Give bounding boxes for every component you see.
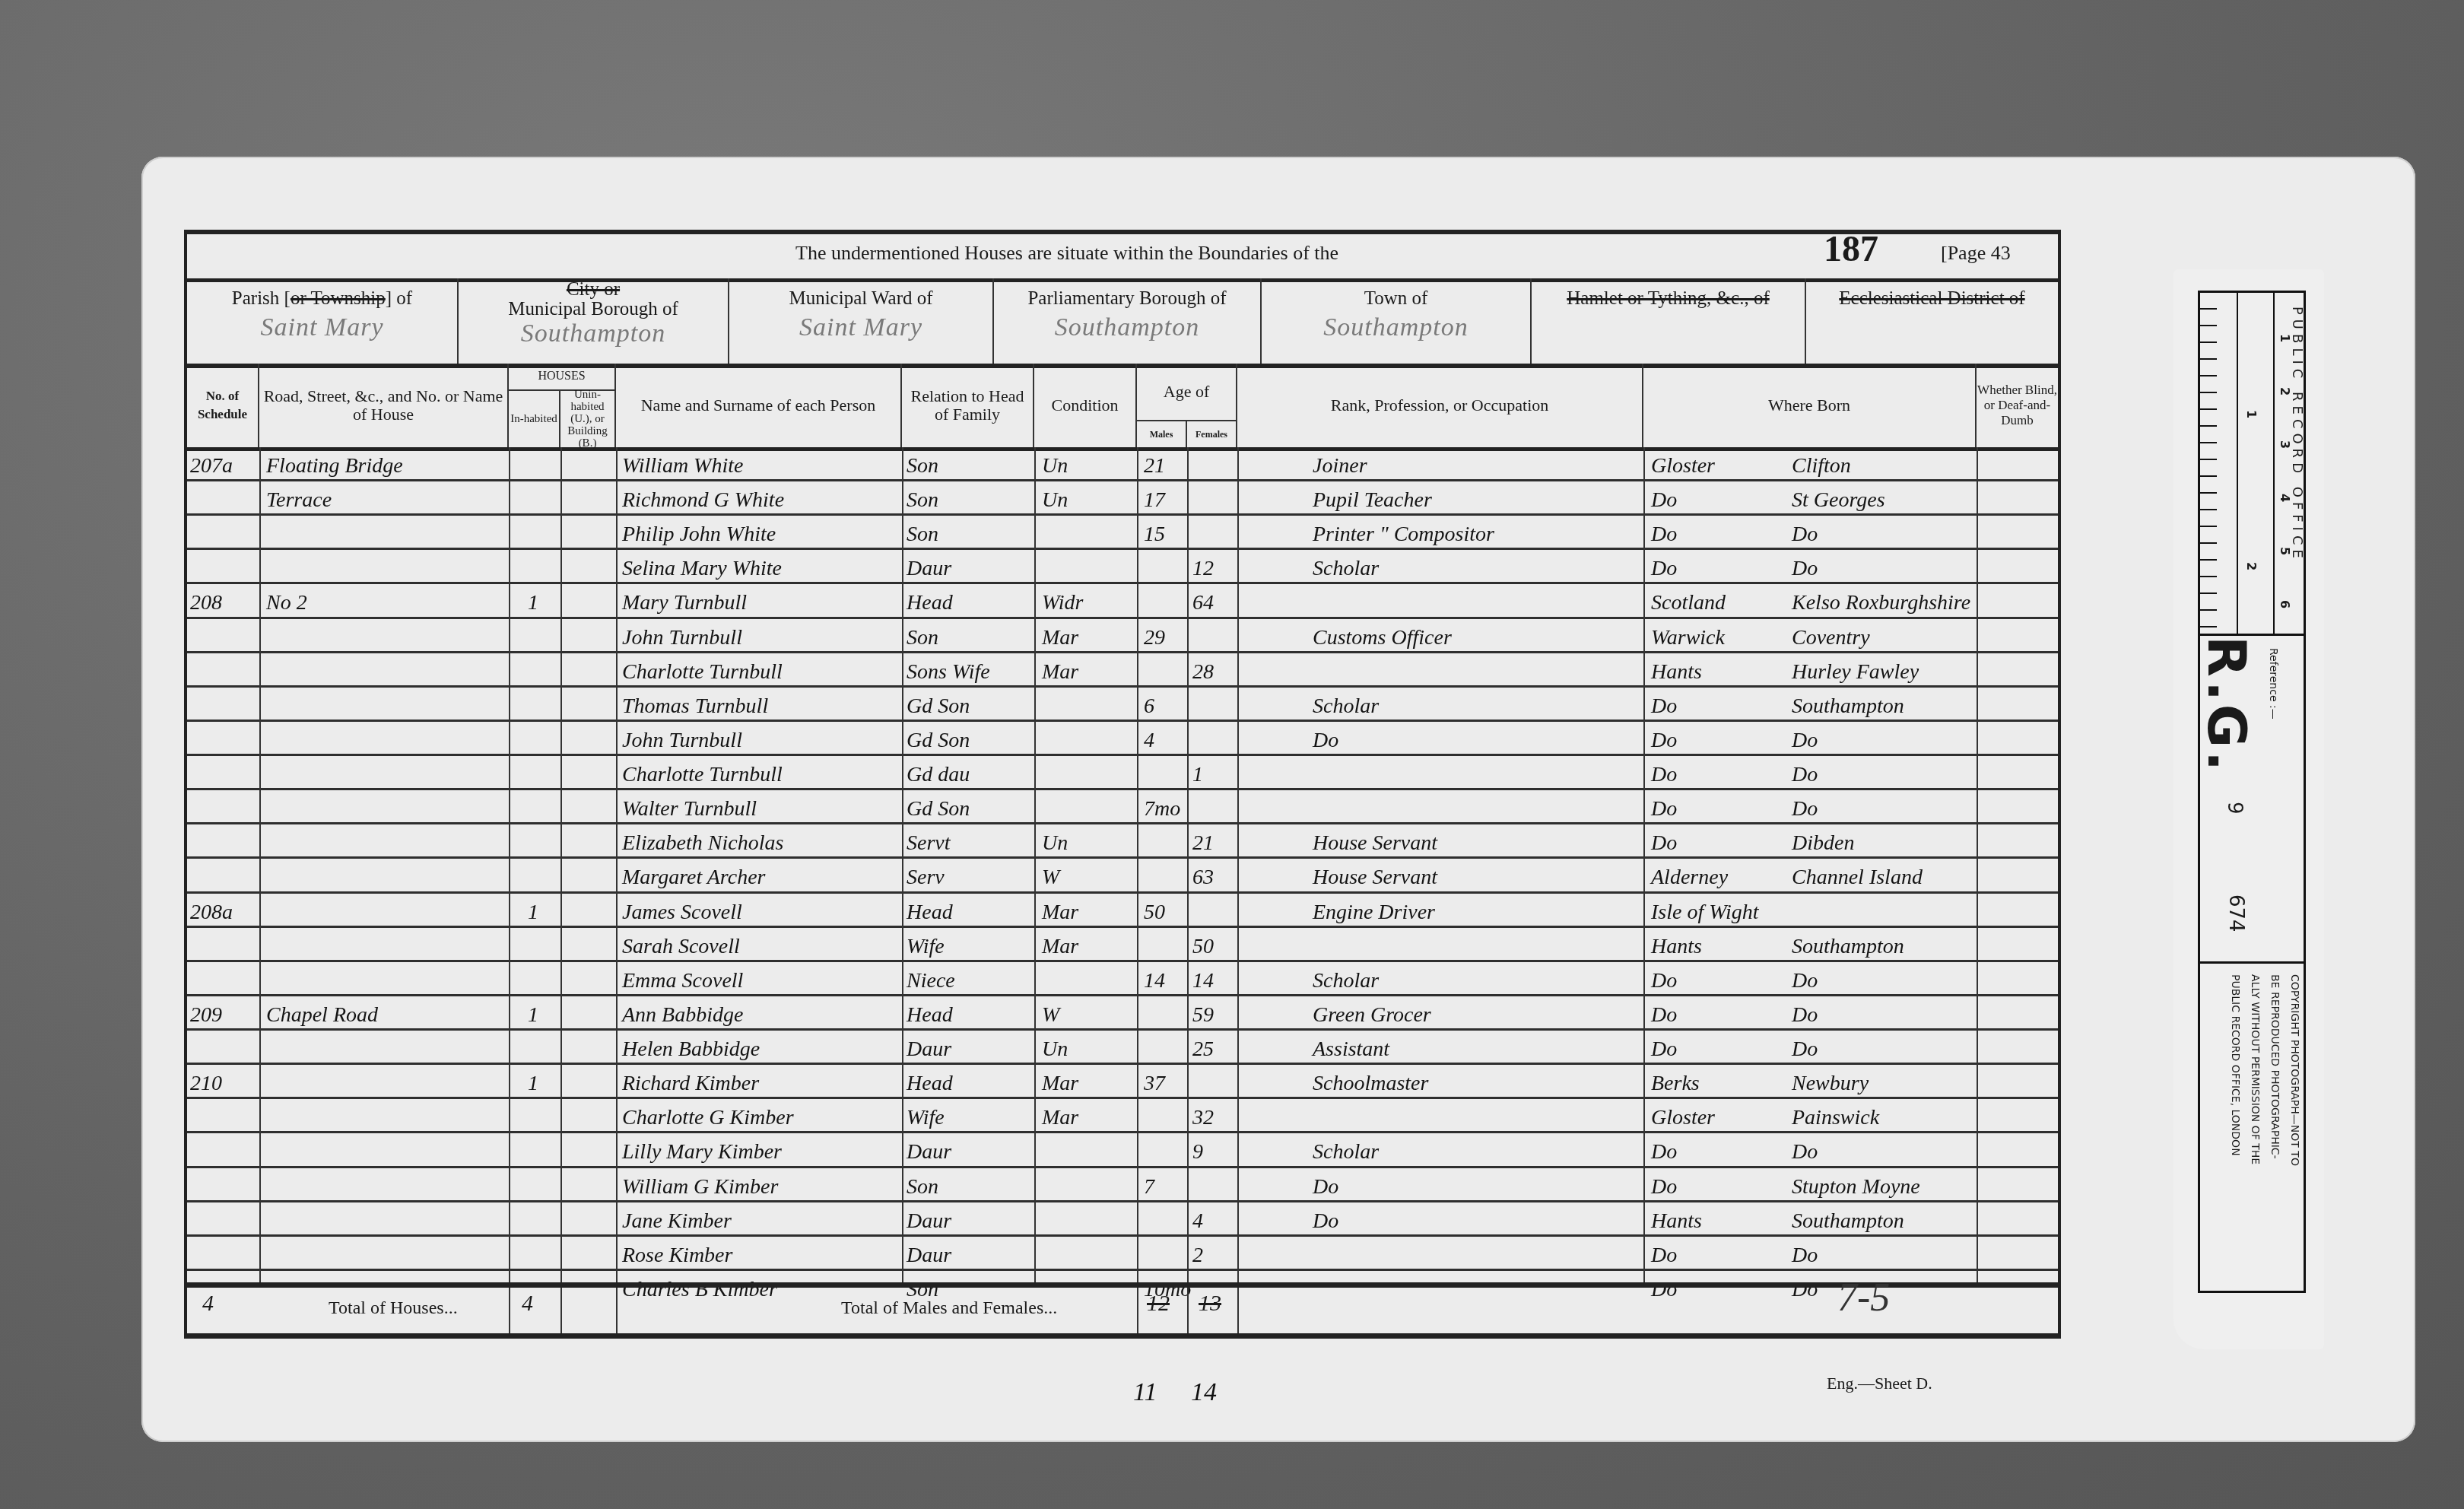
cell-schedule (190, 790, 259, 826)
cell-male-age (1144, 928, 1189, 964)
cell-condition (1042, 962, 1135, 998)
cell-condition: Mar (1042, 894, 1135, 929)
cell-inhabited (528, 962, 558, 998)
cell-relation: Gd Son (907, 688, 1033, 723)
cell-name: Thomas Turnbull (622, 688, 903, 723)
cell-name: Rose Kimber (622, 1237, 903, 1272)
cell-female-age: 4 (1192, 1202, 1238, 1238)
area-municipal-borough: City orMunicipal Borough of Southampton (459, 278, 729, 364)
table-row: Emma ScovellNiece1414ScholarDoDo (187, 962, 2058, 996)
ruler-cm-label: 6 (2278, 600, 2292, 608)
cell-born-county: Scotland (1651, 584, 1796, 620)
cell-female-age (1192, 1065, 1238, 1101)
cell-inhabited (528, 1099, 558, 1135)
cell-relation: Wife (907, 928, 1033, 964)
cell-male-age: 37 (1144, 1065, 1189, 1101)
cell-born-county: Do (1651, 550, 1796, 586)
cell-female-age: 64 (1192, 584, 1238, 620)
cell-born-county: Do (1651, 1237, 1796, 1272)
cell-born-place: Southampton (1792, 928, 2043, 964)
total-schedules: 4 (202, 1291, 214, 1317)
cell-born-county: Do (1651, 996, 1796, 1032)
cell-inhabited (528, 481, 558, 517)
area-headers: Parish [or Township] of Saint Mary City … (187, 278, 2058, 368)
cell-occupation: Assistant (1313, 1031, 1640, 1066)
cell-born-county: Do (1651, 824, 1796, 860)
cell-born-place: Painswick (1792, 1099, 2043, 1135)
cell-born-county: Gloster (1651, 1099, 1796, 1135)
cell-born-place: Do (1792, 550, 2043, 586)
cell-born-county: Berks (1651, 1065, 1796, 1101)
cell-female-age: 14 (1192, 962, 1238, 998)
divider (1034, 447, 1036, 1288)
col-age: Age of (1137, 364, 1237, 421)
cell-born-county: Do (1651, 1031, 1796, 1066)
cell-born-county: Alderney (1651, 859, 1796, 894)
divider (616, 447, 618, 1333)
cell-relation: Son (907, 1168, 1033, 1204)
cell-condition: W (1042, 859, 1135, 894)
cell-male-age (1144, 653, 1189, 689)
divider (1137, 447, 1138, 1333)
cell-female-age (1192, 481, 1238, 517)
cell-relation: Head (907, 996, 1033, 1032)
cell-address (266, 824, 508, 860)
cell-born-place: Do (1792, 1133, 2043, 1169)
cell-male-age (1144, 1099, 1189, 1135)
cell-female-age: 32 (1192, 1099, 1238, 1135)
table-row: Rose KimberDaur2DoDo (187, 1237, 2058, 1271)
recount-females: 14 (1191, 1378, 1217, 1407)
cell-inhabited: 1 (528, 1065, 558, 1101)
cell-born-place: Do (1792, 1031, 2043, 1066)
col-inhabited: In-habited (509, 391, 560, 447)
cell-occupation (1313, 1237, 1640, 1272)
cell-address (266, 1065, 508, 1101)
cell-born-place: Southampton (1792, 688, 2043, 723)
cell-born-place: Stupton Moyne (1792, 1168, 2043, 1204)
table-row: John TurnbullGd Son4DoDoDo (187, 722, 2058, 756)
cell-address (266, 1168, 508, 1204)
cell-male-age (1144, 756, 1189, 792)
cell-born-place: Channel Island (1792, 859, 2043, 894)
table-row: Lilly Mary KimberDaur9ScholarDoDo (187, 1133, 2058, 1167)
ruler-inch-label: 2 (2244, 562, 2259, 570)
divider (1977, 447, 1978, 1288)
cell-occupation (1313, 756, 1640, 792)
cell-born-place: Do (1792, 516, 2043, 551)
table-row: Charlotte TurnbullSons WifeMar28HantsHur… (187, 653, 2058, 688)
cell-inhabited (528, 790, 558, 826)
area-municipal-ward: Municipal Ward of Saint Mary (729, 278, 994, 364)
folio-number: 187 (1824, 228, 1878, 270)
cell-relation: Daur (907, 1237, 1033, 1272)
cell-address (266, 516, 508, 551)
cell-occupation: House Servant (1313, 824, 1640, 860)
cell-occupation (1313, 790, 1640, 826)
cell-address (266, 619, 508, 655)
col-schedule: No. of Schedule (187, 364, 259, 447)
cell-occupation: Do (1313, 1202, 1640, 1238)
cell-born-place: Kelso Roxburghshire (1792, 584, 2043, 620)
cell-occupation: Green Grocer (1313, 996, 1640, 1032)
cell-born-county: Do (1651, 481, 1796, 517)
col-blind: Whether Blind, or Deaf-and-Dumb (1977, 364, 2058, 447)
cell-address (266, 1202, 508, 1238)
cell-condition: Un (1042, 481, 1135, 517)
area-parliamentary-borough-value: Southampton (994, 313, 1260, 342)
cell-name: Charlotte G Kimber (622, 1099, 903, 1135)
cell-name: Elizabeth Nicholas (622, 824, 903, 860)
cell-inhabited (528, 619, 558, 655)
area-town-value: Southampton (1262, 313, 1530, 342)
cell-name: Helen Babbidge (622, 1031, 903, 1066)
cell-relation: Son (907, 619, 1033, 655)
col-address: Road, Street, &c., and No. or Name of Ho… (259, 364, 509, 447)
cell-inhabited (528, 516, 558, 551)
divider (1237, 447, 1239, 1333)
cell-address (266, 550, 508, 586)
cell-occupation: Scholar (1313, 962, 1640, 998)
col-uninhabited: Unin-habited (U.), or Building (B.) (560, 391, 616, 447)
cell-female-age: 1 (1192, 756, 1238, 792)
cell-name: Margaret Archer (622, 859, 903, 894)
col-relation: Relation to Head of Family (902, 364, 1034, 447)
cell-name: Richard Kimber (622, 1065, 903, 1101)
cell-relation: Niece (907, 962, 1033, 998)
copyright-notice: COPYRIGHT PHOTOGRAPH—NOT TO BE REPRODUCE… (2200, 961, 2304, 1291)
cell-schedule (190, 688, 259, 723)
cell-name: William G Kimber (622, 1168, 903, 1204)
cell-name: John Turnbull (622, 722, 903, 758)
col-born: Where Born (1643, 364, 1977, 447)
office-label: PUBLIC RECORD OFFICE (2289, 307, 2305, 563)
cell-relation: Gd Son (907, 722, 1033, 758)
cell-schedule (190, 653, 259, 689)
cell-born-place: St Georges (1792, 481, 2043, 517)
cell-schedule (190, 1237, 259, 1272)
area-ecclesiastical: Ecclesiastical District of (1806, 278, 2058, 364)
cell-occupation (1313, 928, 1640, 964)
cell-born-county: Do (1651, 516, 1796, 551)
cell-schedule (190, 1202, 259, 1238)
cell-male-age (1144, 1133, 1189, 1169)
cell-inhabited (528, 722, 558, 758)
cell-born-county: Do (1651, 688, 1796, 723)
cell-name: Jane Kimber (622, 1202, 903, 1238)
cell-inhabited: 1 (528, 996, 558, 1032)
cell-relation: Gd Son (907, 790, 1033, 826)
cell-address (266, 1099, 508, 1135)
cell-condition: Mar (1042, 1065, 1135, 1101)
cell-occupation: House Servant (1313, 859, 1640, 894)
reference-strip: 12 123456 PUBLIC RECORD OFFICE Reference… (2173, 269, 2324, 1349)
table-row: Walter TurnbullGd Son7moDoDo (187, 790, 2058, 824)
cell-female-age: 25 (1192, 1031, 1238, 1066)
cell-relation: Head (907, 894, 1033, 929)
reference-class: 9 (2223, 802, 2246, 815)
cell-male-age (1144, 996, 1189, 1032)
cell-relation: Son (907, 516, 1033, 551)
cell-born-county: Do (1651, 722, 1796, 758)
col-houses: HOUSES (509, 364, 616, 391)
cell-male-age: 6 (1144, 688, 1189, 723)
cell-name: Charlotte Turnbull (622, 756, 903, 792)
cell-male-age (1144, 1202, 1189, 1238)
cell-schedule (190, 756, 259, 792)
totals-row: 4 Total of Houses... 4 Total of Males an… (187, 1282, 2058, 1333)
cell-condition (1042, 688, 1135, 723)
cell-born-county: Hants (1651, 928, 1796, 964)
cell-relation: Gd dau (907, 756, 1033, 792)
cell-address (266, 688, 508, 723)
cell-relation: Daur (907, 1133, 1033, 1169)
area-municipal-ward-value: Saint Mary (729, 313, 992, 342)
cell-name: Ann Babbidge (622, 996, 903, 1032)
cell-male-age: 17 (1144, 481, 1189, 517)
divider (1187, 447, 1189, 1333)
table-row: Helen BabbidgeDaurUn25AssistantDoDo (187, 1031, 2058, 1065)
cell-address (266, 859, 508, 894)
cell-schedule (190, 824, 259, 860)
cell-born-county: Do (1651, 1133, 1796, 1169)
cell-schedule (190, 550, 259, 586)
cell-inhabited (528, 447, 558, 483)
cell-born-place: Coventry (1792, 619, 2043, 655)
cell-born-place: Southampton (1792, 1202, 2043, 1238)
cell-female-age (1192, 619, 1238, 655)
page-label: [Page 43 (1941, 242, 2011, 265)
cell-schedule: 207a (190, 447, 259, 483)
recount-males: 11 (1133, 1378, 1157, 1407)
cell-relation: Serv (907, 859, 1033, 894)
area-hamlet: Hamlet or Tything, &c., of (1532, 278, 1806, 364)
cell-address: Terrace (266, 481, 508, 517)
cell-born-place: Dibden (1792, 824, 2043, 860)
cell-female-age: 9 (1192, 1133, 1238, 1169)
cell-condition (1042, 756, 1135, 792)
cell-address (266, 1237, 508, 1272)
cell-born-place: Clifton (1792, 447, 2043, 483)
cell-inhabited: 1 (528, 894, 558, 929)
annotation: 7-5 (1837, 1276, 1890, 1320)
cell-born-place: Do (1792, 962, 2043, 998)
cell-name: Lilly Mary Kimber (622, 1133, 903, 1169)
cell-occupation: Engine Driver (1313, 894, 1640, 929)
table-row: 208a1James ScovellHeadMar50Engine Driver… (187, 894, 2058, 928)
cell-condition (1042, 1168, 1135, 1204)
cell-male-age (1144, 1237, 1189, 1272)
table-row: 209Chapel Road1Ann BabbidgeHeadW59Green … (187, 996, 2058, 1031)
cell-occupation: Printer " Compositor (1313, 516, 1640, 551)
form-title-bar: The undermentioned Houses are situate wi… (187, 234, 2058, 282)
reference-label: Reference :— (2267, 648, 2279, 720)
cell-born-county: Hants (1651, 1202, 1796, 1238)
cell-address: No 2 (266, 584, 508, 620)
cell-occupation: Customs Officer (1313, 619, 1640, 655)
table-row: TerraceRichmond G WhiteSonUn17Pupil Teac… (187, 481, 2058, 516)
total-houses-label: Total of Houses... (329, 1298, 458, 1319)
cell-born-place: Newbury (1792, 1065, 2043, 1101)
ruler-ticks (2200, 293, 2238, 634)
cell-inhabited (528, 928, 558, 964)
cell-relation: Sons Wife (907, 653, 1033, 689)
cell-relation: Servt (907, 824, 1033, 860)
cell-relation: Daur (907, 550, 1033, 586)
cell-address: Chapel Road (266, 996, 508, 1032)
cell-relation: Son (907, 481, 1033, 517)
ruler-inch-label: 1 (2244, 410, 2259, 418)
table-row: Elizabeth NicholasServtUn21House Servant… (187, 824, 2058, 859)
total-houses: 4 (522, 1291, 533, 1317)
cell-female-age (1192, 688, 1238, 723)
cell-male-age: 14 (1144, 962, 1189, 998)
cell-relation: Head (907, 584, 1033, 620)
cell-born-place: Do (1792, 722, 2043, 758)
cell-male-age: 7 (1144, 1168, 1189, 1204)
cell-address (266, 928, 508, 964)
area-municipal-borough-value: Southampton (459, 319, 728, 348)
cell-female-age (1192, 790, 1238, 826)
table-row: 208No 21Mary TurnbullHeadWidr64ScotlandK… (187, 584, 2058, 618)
cell-condition (1042, 516, 1135, 551)
cell-inhabited (528, 550, 558, 586)
cell-inhabited (528, 1202, 558, 1238)
cell-name: Richmond G White (622, 481, 903, 517)
table-row: John TurnbullSonMar29Customs OfficerWarw… (187, 619, 2058, 653)
table-row: 2101Richard KimberHeadMar37SchoolmasterB… (187, 1065, 2058, 1099)
cell-schedule (190, 928, 259, 964)
cell-condition (1042, 722, 1135, 758)
cell-occupation (1313, 584, 1640, 620)
cell-male-age: 15 (1144, 516, 1189, 551)
cell-condition (1042, 790, 1135, 826)
divider (1643, 447, 1645, 1288)
cell-born-county: Hants (1651, 653, 1796, 689)
cell-condition: Un (1042, 1031, 1135, 1066)
cell-female-age: 12 (1192, 550, 1238, 586)
cell-schedule: 210 (190, 1065, 259, 1101)
col-occupation: Rank, Profession, or Occupation (1237, 364, 1643, 447)
cell-schedule (190, 481, 259, 517)
cell-schedule (190, 1099, 259, 1135)
cell-female-age: 63 (1192, 859, 1238, 894)
cell-female-age (1192, 447, 1238, 483)
cell-name: Charlotte Turnbull (622, 653, 903, 689)
col-condition: Condition (1034, 364, 1137, 447)
ruler-inch-numbers: 12 (2237, 293, 2275, 634)
column-headers: No. of Schedule Road, Street, &c., and N… (187, 364, 2058, 451)
table-row: Jane KimberDaur4DoHantsSouthampton (187, 1202, 2058, 1237)
cell-male-age: 50 (1144, 894, 1189, 929)
census-form: The undermentioned Houses are situate wi… (184, 230, 2061, 1339)
divider (560, 447, 562, 1333)
reference-piece: 674 (2224, 894, 2247, 932)
cell-born-place: Do (1792, 756, 2043, 792)
cell-born-county: Do (1651, 962, 1796, 998)
cell-male-age: 21 (1144, 447, 1189, 483)
cell-occupation: Joiner (1313, 447, 1640, 483)
cell-occupation: Scholar (1313, 1133, 1640, 1169)
cell-schedule (190, 1031, 259, 1066)
cell-schedule (190, 619, 259, 655)
cell-occupation: Scholar (1313, 688, 1640, 723)
cell-female-age: 50 (1192, 928, 1238, 964)
reference-series: R.G. (2196, 636, 2258, 774)
cell-inhabited (528, 1133, 558, 1169)
cell-female-age: 21 (1192, 824, 1238, 860)
cell-name: James Scovell (622, 894, 903, 929)
table-row: Selina Mary WhiteDaur12ScholarDoDo (187, 550, 2058, 584)
cell-address (266, 722, 508, 758)
cell-born-place (1792, 894, 2043, 929)
cell-occupation (1313, 1099, 1640, 1135)
cell-condition: Mar (1042, 619, 1135, 655)
cell-address (266, 790, 508, 826)
reference-number: Reference :— R.G. 9 674 (2200, 634, 2304, 961)
cell-address (266, 1031, 508, 1066)
cell-schedule (190, 516, 259, 551)
cell-inhabited (528, 653, 558, 689)
cell-occupation: Pupil Teacher (1313, 481, 1640, 517)
col-males: Males (1137, 421, 1187, 447)
cell-inhabited (528, 1031, 558, 1066)
table-row: William G KimberSon7DoDoStupton Moyne (187, 1168, 2058, 1202)
cell-relation: Daur (907, 1202, 1033, 1238)
cell-name: Mary Turnbull (622, 584, 903, 620)
cell-occupation: Scholar (1313, 550, 1640, 586)
cell-male-age (1144, 550, 1189, 586)
total-males: 12 (1147, 1291, 1170, 1317)
cell-name: Selina Mary White (622, 550, 903, 586)
cell-born-county: Do (1651, 790, 1796, 826)
cell-female-age (1192, 722, 1238, 758)
cell-schedule: 208a (190, 894, 259, 929)
table-row: Charlotte G KimberWifeMar32GlosterPainsw… (187, 1099, 2058, 1133)
cell-born-place: Hurley Fawley (1792, 653, 2043, 689)
table-row: Charlotte TurnbullGd dau1DoDo (187, 756, 2058, 790)
cell-condition (1042, 550, 1135, 586)
cell-occupation: Do (1313, 1168, 1640, 1204)
cell-name: Sarah Scovell (622, 928, 903, 964)
cell-address (266, 962, 508, 998)
cell-female-age: 59 (1192, 996, 1238, 1032)
cell-inhabited (528, 824, 558, 860)
area-parish: Parish [or Township] of Saint Mary (187, 278, 459, 364)
cell-male-age: 7mo (1144, 790, 1189, 826)
cell-schedule: 209 (190, 996, 259, 1032)
cell-name: Walter Turnbull (622, 790, 903, 826)
cell-address (266, 653, 508, 689)
total-females: 13 (1199, 1291, 1221, 1317)
cell-inhabited (528, 756, 558, 792)
cell-occupation: Do (1313, 722, 1640, 758)
ruler: 12 123456 PUBLIC RECORD OFFICE (2200, 293, 2304, 634)
cell-male-age: 4 (1144, 722, 1189, 758)
table-row: 207aFloating BridgeWilliam WhiteSonUn21J… (187, 447, 2058, 481)
divider (259, 447, 261, 1288)
cell-name: Philip John White (622, 516, 903, 551)
cell-male-age (1144, 584, 1189, 620)
cell-inhabited (528, 1237, 558, 1272)
cell-inhabited (528, 859, 558, 894)
cell-relation: Wife (907, 1099, 1033, 1135)
area-town: Town of Southampton (1262, 278, 1532, 364)
cell-condition: Widr (1042, 584, 1135, 620)
divider (509, 447, 510, 1333)
cell-condition (1042, 1133, 1135, 1169)
cell-male-age (1144, 824, 1189, 860)
